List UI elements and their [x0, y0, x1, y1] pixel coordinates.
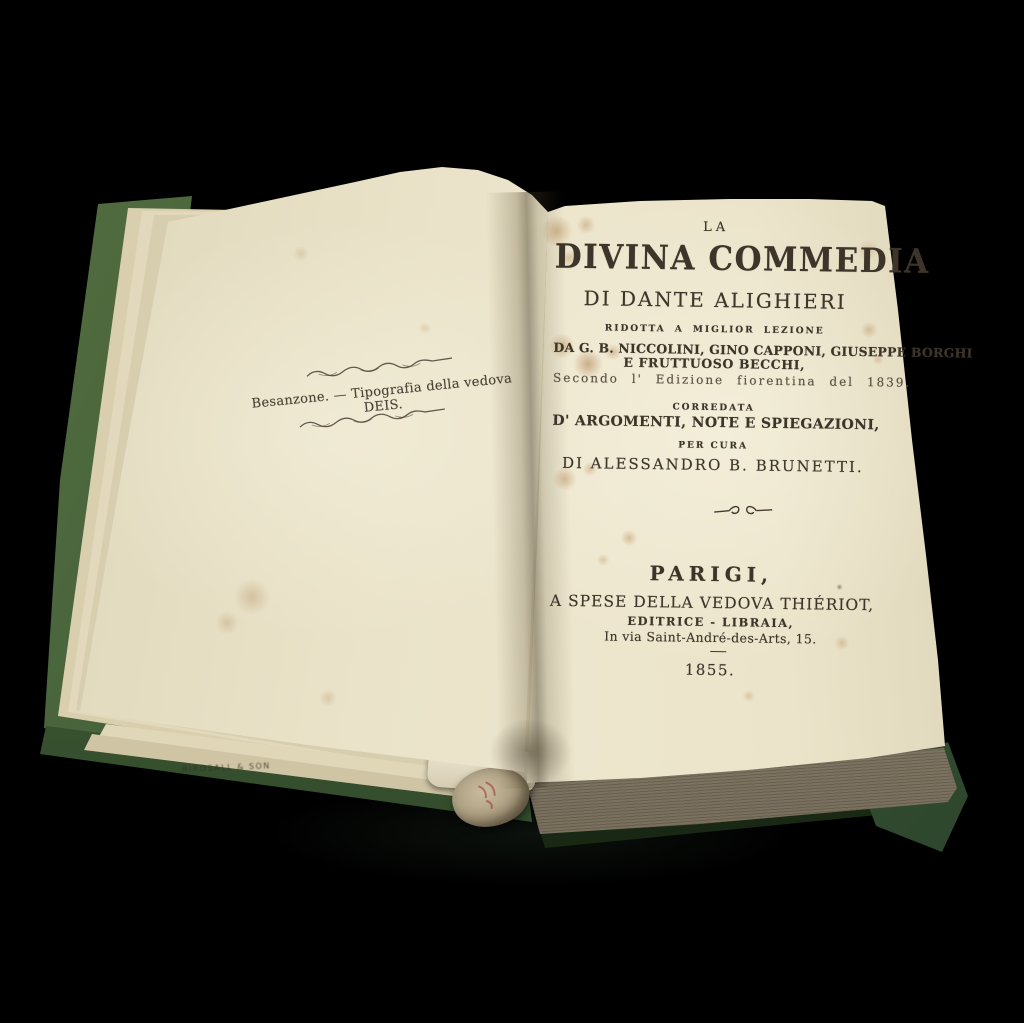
imprint-publisher: A SPESE DELLA VEDOVA THIÉRIOT,: [550, 592, 872, 614]
revision-note: RIDOTTA A MIGLIOR LEZIONE: [554, 323, 876, 337]
imprint-rule: [549, 649, 871, 653]
book-title: DIVINA COMMEDIA: [554, 237, 877, 280]
title-line-la: LA: [555, 218, 877, 237]
foxing-spot: [232, 580, 272, 614]
foxing-spot: [318, 690, 338, 706]
curator-line: DI ALESSANDRO B. BRUNETTI.: [552, 454, 874, 476]
imprint-city: PARIGI,: [550, 560, 872, 588]
curl-ornament-icon: [712, 503, 774, 518]
title-page-text-block: LA DIVINA COMMEDIA DI DANTE ALIGHIERI RI…: [549, 213, 878, 697]
gutter-shadow-bottom: [470, 700, 590, 795]
foxing-spot: [292, 246, 310, 261]
contents-note: D' ARGOMENTI, NOTE E SPIEGAZIONI,: [552, 413, 874, 433]
editors-line-2: E FRUTTUOSO BECCHI,: [553, 354, 875, 373]
edition-note: Secondo l' Edizione fiorentina del 1839.: [553, 371, 875, 389]
imprint-year: 1855.: [549, 659, 871, 681]
imprint-address: In via Saint-André-des-Arts, 15.: [549, 628, 871, 647]
book-author: DI DANTE ALIGHIERI: [554, 286, 876, 314]
foxing-spot: [418, 322, 432, 334]
per-cura-line: PER CURA: [552, 439, 874, 453]
photograph-of-open-book: BIRDSALL & SON Besanzone. — Tipografia d…: [0, 0, 1024, 1023]
typographic-ornament: [551, 501, 873, 505]
foxing-spot: [214, 612, 240, 634]
